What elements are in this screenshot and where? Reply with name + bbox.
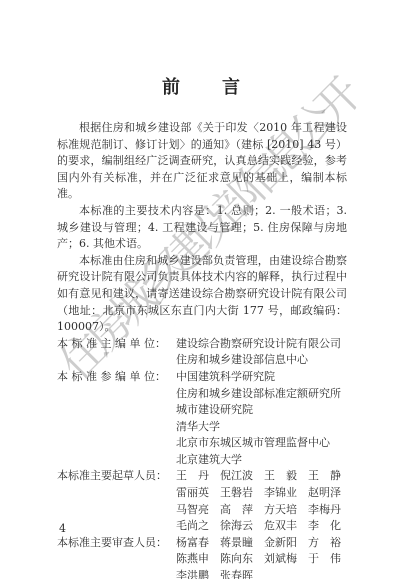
person-name: 陈向东	[220, 551, 264, 568]
chief-editor-section: 本 标 准 主 编 单 位： 建设综合勘察研究设计院有限公司 住房和城乡建设部信…	[57, 336, 347, 369]
person-name: 马智亮	[176, 502, 220, 519]
paragraph-management: 本标准由住房和城乡建设部负责管理，由建设综合勘察研究设计院有限公司负责具体技术内…	[57, 253, 347, 336]
person-name: 赵明泽	[308, 485, 341, 502]
drafters-label: 本标准主要起草人员：	[57, 468, 176, 534]
person-name: 蒋景瞳	[220, 535, 264, 552]
person-name: 陈燕申	[176, 551, 220, 568]
person-name: 危双丰	[264, 518, 308, 535]
drafters-section: 本标准主要起草人员： 王 丹 倪江波 王 毅 王 静 雷丽英 王磐岩 李锦业 赵…	[57, 468, 347, 534]
organization: 城市建设研究院	[176, 402, 347, 419]
person-name: 金新阳	[264, 535, 308, 552]
person-name: 徐海云	[220, 518, 264, 535]
person-name: 张春晖	[220, 568, 253, 579]
organization: 住房和城乡建设部信息中心	[176, 352, 347, 369]
chief-editor-label: 本 标 准 主 编 单 位：	[57, 336, 176, 369]
person-name: 方天培	[264, 502, 308, 519]
reviewers-label: 本标准主要审查人员：	[57, 535, 176, 579]
organization: 中国建筑科学研究院	[176, 369, 347, 386]
names-row: 李洪鹏 张春晖	[176, 568, 347, 579]
person-name: 王 毅	[264, 468, 308, 485]
organization: 北京建筑大学	[176, 452, 347, 469]
paragraph-contents: 本标准的主要技术内容是：1. 总则；2. 一般术语；3. 城乡建设与管理；4. …	[57, 203, 347, 253]
drafters-names: 王 丹 倪江波 王 毅 王 静 雷丽英 王磐岩 李锦业 赵明泽 马智亮 高 萍 …	[176, 468, 347, 534]
reviewers-names: 杨富春 蒋景瞳 金新阳 方 裕 陈燕申 陈向东 刘斌梅 于 伟 李洪鹏 张春晖	[176, 535, 347, 579]
names-row: 杨富春 蒋景瞳 金新阳 方 裕	[176, 535, 347, 552]
person-name: 于 伟	[308, 551, 341, 568]
organization: 北京市东城区城市管理监督中心	[176, 435, 347, 452]
names-row: 马智亮 高 萍 方天培 李梅丹	[176, 502, 347, 519]
person-name: 王 丹	[176, 468, 220, 485]
person-name: 毛尚之	[176, 518, 220, 535]
reviewers-section: 本标准主要审查人员： 杨富春 蒋景瞳 金新阳 方 裕 陈燕申 陈向东 刘斌梅 于…	[57, 535, 347, 579]
person-name: 方 裕	[308, 535, 341, 552]
document-page: 住房城乡建设部信息公开 前 言 根据住房和城乡建设部《关于印发〈2010 年工程…	[0, 0, 400, 579]
page-number: 4	[59, 522, 66, 535]
names-row: 王 丹 倪江波 王 毅 王 静	[176, 468, 347, 485]
person-name: 李 化	[308, 518, 341, 535]
paragraph-basis: 根据住房和城乡建设部《关于印发〈2010 年工程建设标准规范制订、修订计划〉的通…	[57, 120, 347, 203]
person-name: 雷丽英	[176, 485, 220, 502]
co-editor-label: 本 标 准 参 编 单 位：	[57, 369, 176, 469]
person-name: 倪江波	[220, 468, 264, 485]
chief-editor-organizations: 建设综合勘察研究设计院有限公司 住房和城乡建设部信息中心	[176, 336, 347, 369]
names-row: 雷丽英 王磐岩 李锦业 赵明泽	[176, 485, 347, 502]
page-content: 前 言 根据住房和城乡建设部《关于印发〈2010 年工程建设标准规范制订、修订计…	[57, 0, 347, 579]
organization: 住房和城乡建设部标准定额研究所	[176, 386, 347, 403]
person-name: 高 萍	[220, 502, 264, 519]
person-name: 杨富春	[176, 535, 220, 552]
page-title: 前 言	[57, 73, 347, 99]
organization: 清华大学	[176, 419, 347, 436]
co-editor-organizations: 中国建筑科学研究院 住房和城乡建设部标准定额研究所 城市建设研究院 清华大学 北…	[176, 369, 347, 469]
person-name: 刘斌梅	[264, 551, 308, 568]
person-name: 王 静	[308, 468, 341, 485]
person-name: 李梅丹	[308, 502, 341, 519]
person-name: 李洪鹏	[176, 568, 220, 579]
person-name: 李锦业	[264, 485, 308, 502]
names-row: 毛尚之 徐海云 危双丰 李 化	[176, 518, 347, 535]
organization: 建设综合勘察研究设计院有限公司	[176, 336, 347, 353]
co-editor-section: 本 标 准 参 编 单 位： 中国建筑科学研究院 住房和城乡建设部标准定额研究所…	[57, 369, 347, 469]
names-row: 陈燕申 陈向东 刘斌梅 于 伟	[176, 551, 347, 568]
person-name: 王磐岩	[220, 485, 264, 502]
